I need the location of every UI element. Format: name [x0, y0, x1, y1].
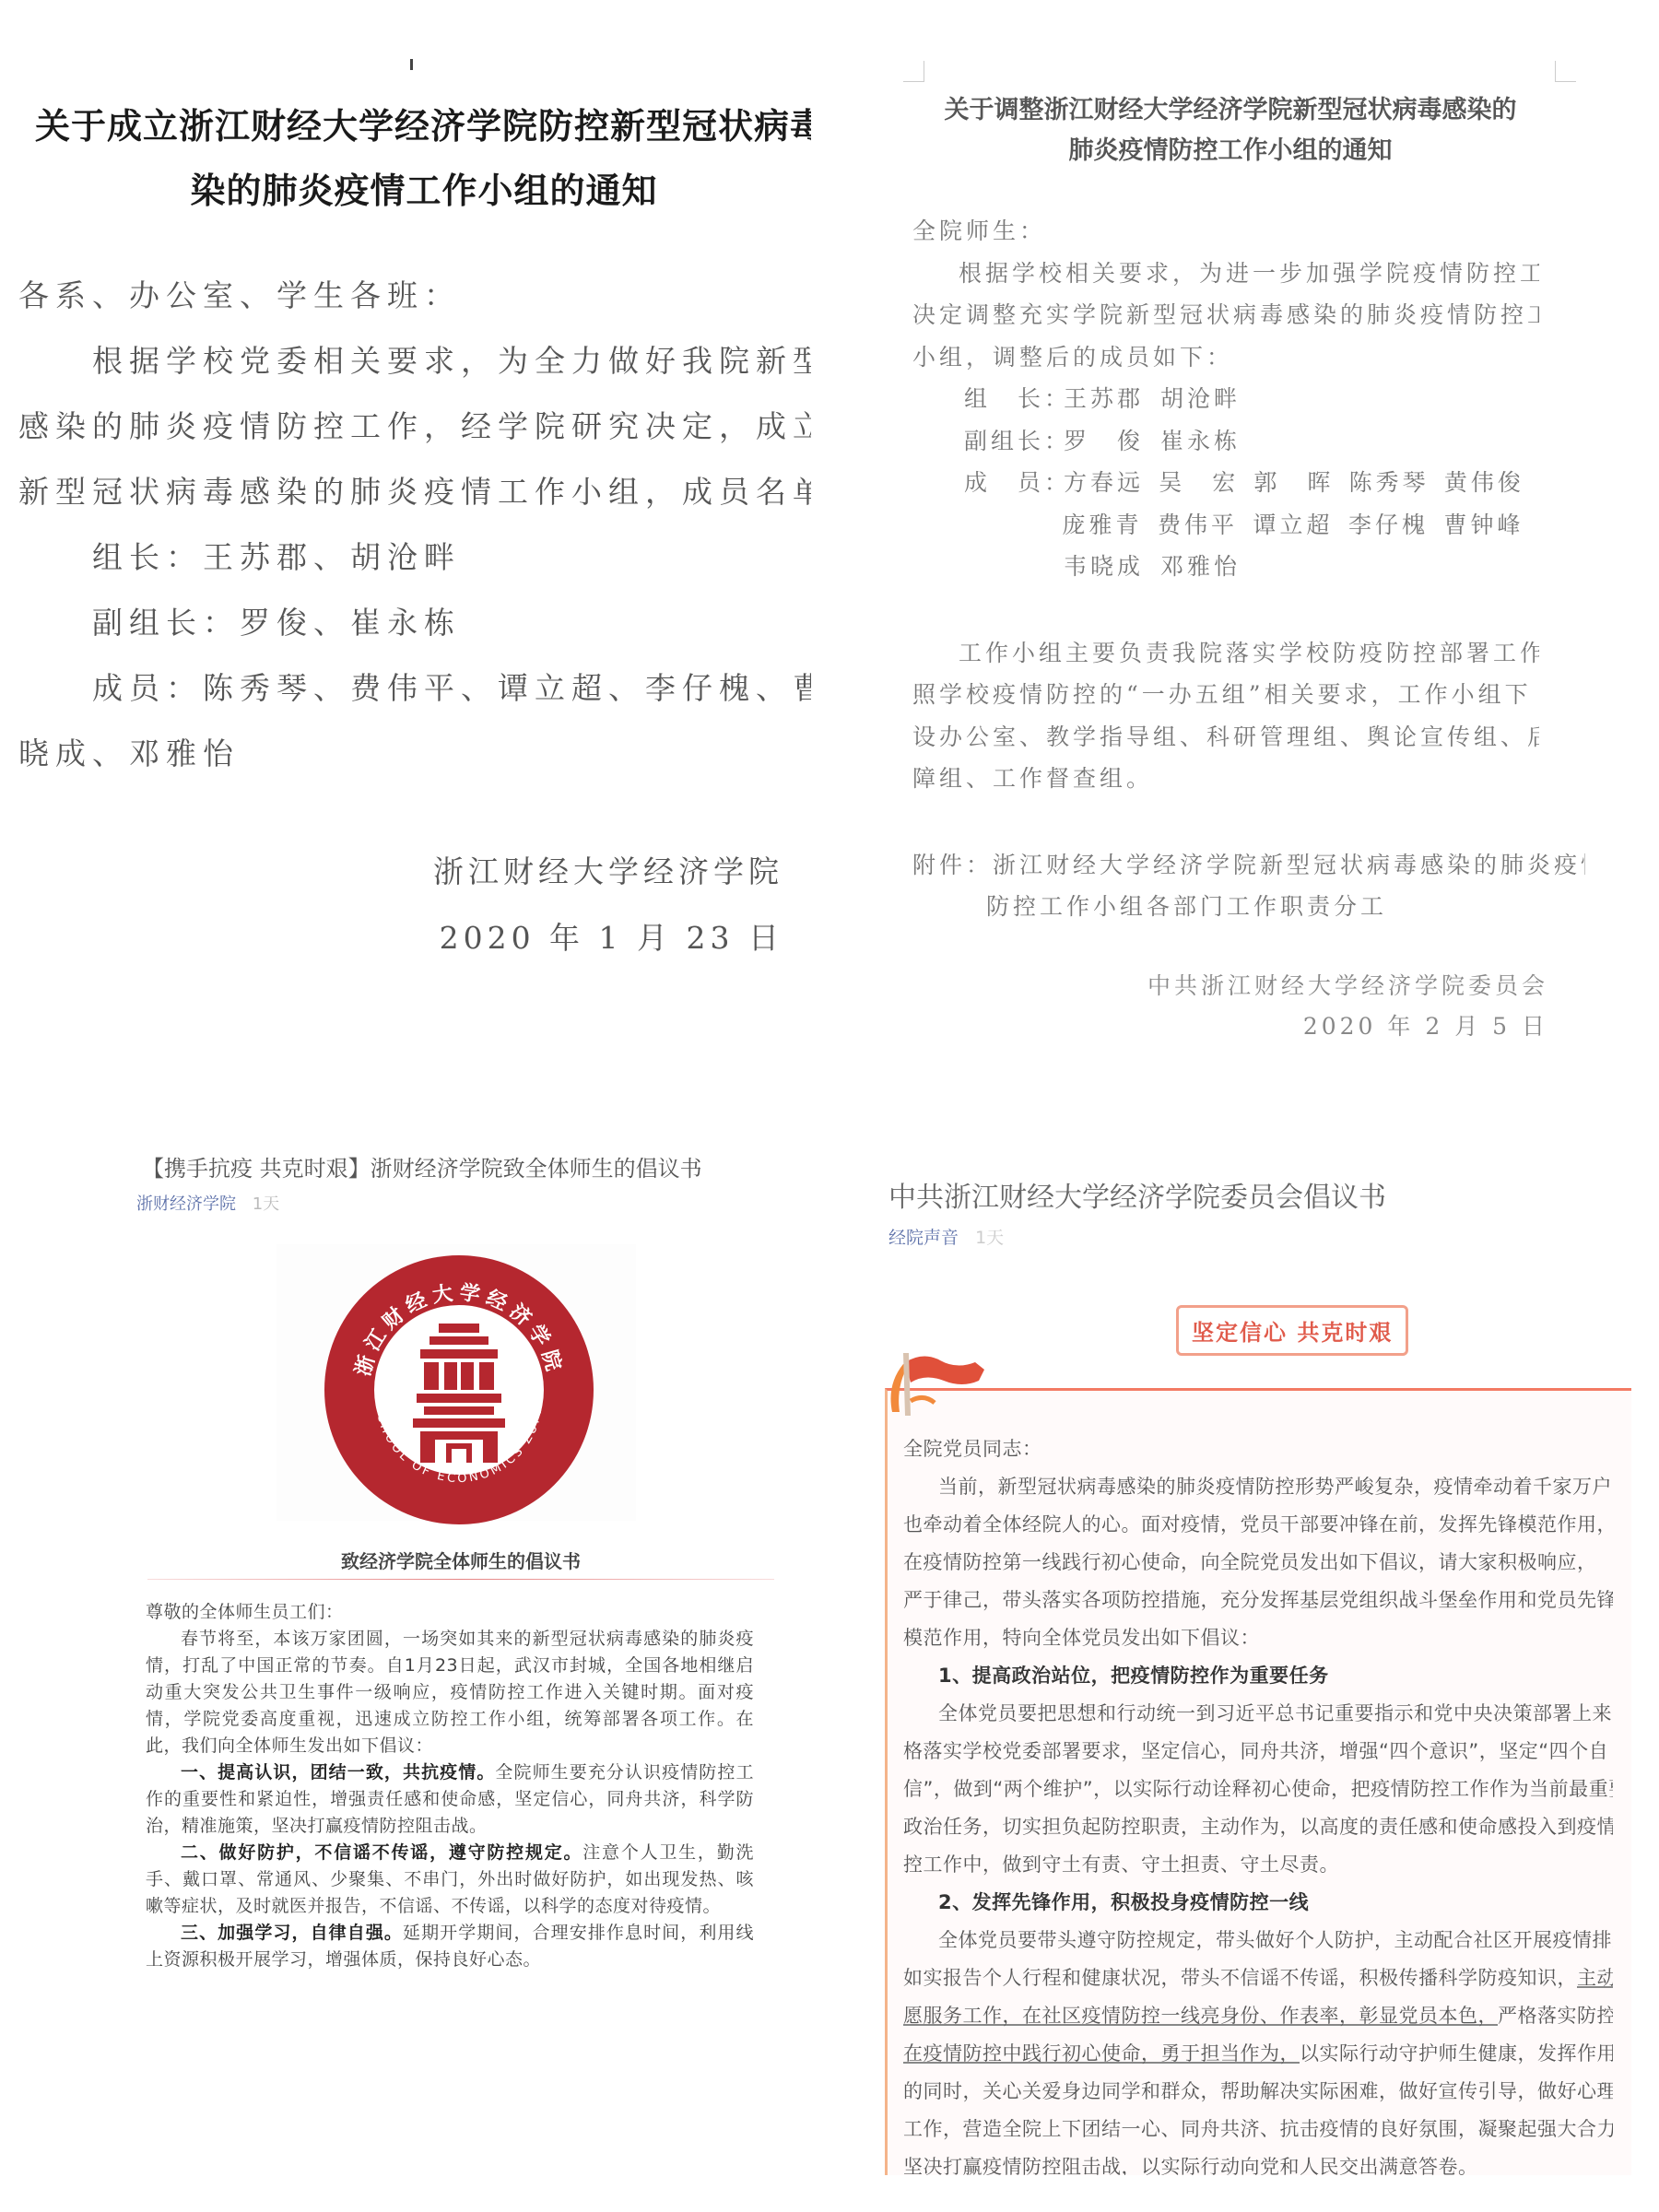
- text-line: 控工作中，做到守土有责、守土担责、守土尽责。: [903, 1846, 1613, 1884]
- role-members: 成员：陈秀琴、费伟平、谭立超、李仔槐、曹钟峰、韦: [53, 655, 791, 721]
- paragraph: 一、提高认识，团结一致，共抗疫情。全院师生要充分认识疫情防控工作的重要性和紧迫性…: [146, 1759, 754, 1840]
- salutation: 各系、办公室、学生各班：: [18, 263, 791, 328]
- article-source-link[interactable]: 浙财经济学院: [136, 1194, 236, 1214]
- signature-date: 2020 年 2 月 5 日: [1147, 1006, 1548, 1047]
- text-line: 如实报告个人行程和健康状况，带头不信谣不传谣，积极传播科学防疫知识，主动承担志: [903, 1959, 1613, 1997]
- member-name: 崔永栋: [1160, 420, 1257, 463]
- red-flag-icon: [883, 1347, 994, 1421]
- notice-body: 各系、办公室、学生各班： 根据学校党委相关要求，为全力做好我院新型冠状病毒 感染…: [53, 263, 791, 786]
- paragraph: 春节将至，本该万家团圆，一场突如其来的新型冠状病毒感染的肺炎疫情，打乱了中国正常…: [146, 1626, 754, 1759]
- role-names: 陈秀琴、费伟平、谭立超、李仔槐、曹钟峰、韦: [203, 670, 811, 706]
- body-line: 感染的肺炎疫情防控工作，经学院研究决定，成立学院防控: [18, 394, 791, 459]
- article-time: 1天: [975, 1228, 1004, 1248]
- article-party-initiative: 中共浙江财经大学经济学院委员会倡议书 经院声音 1天 坚定信心 共克时艰 全院党…: [876, 1143, 1631, 2175]
- members-continuation: 晓成、邓雅怡: [18, 721, 791, 786]
- article-meta: 浙财经济学院 1天: [136, 1191, 279, 1215]
- role-label: 成 员：: [912, 462, 1064, 504]
- member-row: 庞雅青费伟平谭立超李仔槐曹钟峰: [912, 504, 1539, 547]
- role-names: 罗俊、崔永栋: [240, 605, 461, 641]
- salutation: 全院师生：: [912, 210, 1539, 253]
- role-label: 组 长：: [912, 378, 1064, 420]
- member-row: 成 员：方春远吴 宏郭 晖陈秀琴黄伟俊: [912, 462, 1539, 504]
- role-label: 副组长：: [912, 420, 1064, 463]
- notice-title: 关于成立浙江财经大学经济学院防控新型冠状病毒感 染的肺炎疫情工作小组的通知: [55, 94, 793, 223]
- article-title[interactable]: 中共浙江财经大学经济学院委员会倡议书: [888, 1174, 1386, 1215]
- title-line: 染的肺炎疫情工作小组的通知: [55, 159, 793, 223]
- duty-line: 障组、工作督查组。: [912, 758, 1539, 800]
- role-label: [912, 504, 1062, 547]
- text-line: 全院党员同志：: [903, 1430, 1613, 1468]
- article-title[interactable]: 【携手抗疫 共克时艰】浙财经济学院致全体师生的倡议书: [142, 1150, 702, 1182]
- notice-establish-working-group: 关于成立浙江财经大学经济学院防控新型冠状病毒感 染的肺炎疫情工作小组的通知 各系…: [0, 37, 811, 1014]
- article-source-link[interactable]: 经院声音: [888, 1228, 959, 1248]
- member-row: 组 长：王苏郡胡沧畔: [912, 378, 1539, 420]
- signature-org: 浙江财经大学经济学院: [433, 839, 783, 905]
- attachment-text: 防控工作小组各部门工作职责分工: [912, 886, 1539, 928]
- title-line: 肺炎疫情防控工作小组的通知: [912, 131, 1548, 171]
- role-label: 副组长：: [92, 605, 240, 641]
- member-name: 费伟平: [1158, 504, 1253, 547]
- section-heading: 1、提高政治站位，把疫情防控作为重要任务: [903, 1657, 1613, 1695]
- text-line: 当前，新型冠状病毒感染的肺炎疫情防控形势严峻复杂，疫情牵动着千家万户，: [903, 1468, 1613, 1506]
- member-row: 韦晓成邓雅怡: [912, 546, 1539, 588]
- page-mark: [410, 59, 413, 70]
- paragraph: 尊敬的全体师生员工们：: [146, 1599, 754, 1626]
- member-name: 罗 俊: [1064, 420, 1160, 463]
- member-name: 谭立超: [1253, 504, 1348, 547]
- page-corner-mark: [903, 61, 924, 82]
- title-line: 关于调整浙江财经大学经济学院新型冠状病毒感染的: [912, 90, 1548, 131]
- member-name: 吴 宏: [1159, 462, 1253, 504]
- article-meta: 经院声音 1天: [888, 1224, 1004, 1249]
- attachment-label: 附件：: [912, 852, 993, 878]
- text-line: 全体党员要把思想和行动统一到习近平总书记重要指示和党中央决策部署上来，严: [903, 1695, 1613, 1733]
- article-time: 1天: [253, 1194, 279, 1214]
- member-name: 王苏郡: [1064, 378, 1160, 420]
- role-label: 组长：: [92, 539, 203, 575]
- body-line: 新型冠状病毒感染的肺炎疫情工作小组，成员名单如下：: [18, 459, 791, 524]
- page-corner-mark: [1555, 61, 1576, 82]
- article-initiative-letter: 【携手抗疫 共克时艰】浙财经济学院致全体师生的倡议书 浙财经济学院 1天 浙江财…: [129, 1143, 793, 2175]
- role-label: [912, 546, 1064, 588]
- member-name: 胡沧畔: [1160, 378, 1257, 420]
- text-line: 在疫情防控中践行初心使命，勇于担当作为，以实际行动守护师生健康，发挥作用: [903, 2035, 1613, 2073]
- text-line: 全体党员要带头遵守防控规定，带头做好个人防护，主动配合社区开展疫情排查，: [903, 1922, 1613, 1959]
- text-line: 坚决打赢疫情防控阻击战，以实际行动向党和人民交出满意答卷。: [903, 2148, 1613, 2175]
- article-body: 尊敬的全体师生员工们：春节将至，本该万家团圆，一场突如其来的新型冠状病毒感染的肺…: [146, 1599, 754, 1973]
- member-name: 黄伟俊: [1444, 462, 1539, 504]
- member-name: 曹钟峰: [1443, 504, 1539, 547]
- text-line: 愿服务工作，在社区疫情防控一线亮身份、作表率，彰显党员本色，严格落实防控措施: [903, 1997, 1613, 2035]
- body-line: 根据学校相关要求，为进一步加强学院疫情防控工作，: [912, 253, 1539, 295]
- role-deputy: 副组长：罗俊、崔永栋: [53, 590, 791, 655]
- text-line: 严于律己，带头落实各项防控措施，充分发挥基层党组织战斗堡垒作用和党员先锋: [903, 1582, 1613, 1619]
- member-name: 邓雅怡: [1160, 546, 1257, 588]
- member-list: 组 长：王苏郡胡沧畔副组长：罗 俊崔永栋成 员：方春远吴 宏郭 晖陈秀琴黄伟俊庞…: [912, 378, 1539, 588]
- duty-line: 设办公室、教学指导组、科研管理组、舆论宣传组、后勤保: [912, 716, 1539, 759]
- duty-line: 工作小组主要负责我院落实学校防疫防控部署工作，并对: [912, 632, 1539, 675]
- text-line: 工作，营造全院上下团结一心、同舟共济、抗击疫情的良好氛围，凝聚起强大合力，: [903, 2111, 1613, 2148]
- title-line: 关于成立浙江财经大学经济学院防控新型冠状病毒感: [35, 94, 793, 159]
- duty-line: 照学校疫情防控的“一办五组”相关要求，工作小组下: [912, 674, 1539, 716]
- divider: [147, 1579, 774, 1580]
- text-line: 的同时，关心关爱身边同学和群众，帮助解决实际困难，做好宣传引导，做好心理疏导: [903, 2073, 1613, 2111]
- member-name: 郭 晖: [1253, 462, 1348, 504]
- attachment-text: 浙江财经大学经济学院新型冠状病毒感染的肺炎疫情: [993, 852, 1585, 878]
- notice-title: 关于调整浙江财经大学经济学院新型冠状病毒感染的 肺炎疫情防控工作小组的通知: [912, 90, 1548, 171]
- role-label: 成员：: [92, 670, 203, 706]
- body-line: 小组，调整后的成员如下：: [912, 336, 1539, 379]
- logo-caption: 致经济学院全体师生的倡议书: [129, 1547, 793, 1573]
- notice-body: 全院师生： 根据学校相关要求，为进一步加强学院疫情防控工作， 决定调整充实学院新…: [912, 210, 1539, 928]
- text-line: 格落实学校党委部署要求，坚定信心，同舟共济，增强“四个意识”，坚定“四个自: [903, 1733, 1613, 1771]
- school-seal-icon: 浙江财经大学经济学院 SCHOOL OF ECONOMICS ZUFE: [321, 1252, 597, 1528]
- paragraph: 三、加强学习，自律自强。延期开学期间，合理安排作息时间，利用线上资源积极开展学习…: [146, 1920, 754, 1973]
- body-line: 根据学校党委相关要求，为全力做好我院新型冠状病毒: [53, 328, 791, 394]
- notice-adjust-working-group: 关于调整浙江财经大学经济学院新型冠状病毒感染的 肺炎疫情防控工作小组的通知 全院…: [885, 55, 1585, 1069]
- text-line: 信”，做到“两个维护”，以实际行动诠释初心使命，把疫情防控工作作为当前最重要的: [903, 1771, 1613, 1808]
- paragraph: 二、做好防护，不信谣不传谣，遵守防控规定。注意个人卫生，勤洗手、戴口罩、常通风、…: [146, 1840, 754, 1920]
- text-line: 在疫情防控第一线践行初心使命，向全院党员发出如下倡议，请大家积极响应，: [903, 1544, 1613, 1582]
- member-name: 陈秀琴: [1349, 462, 1444, 504]
- body-line: 决定调整充实学院新型冠状病毒感染的肺炎疫情防控工作: [912, 294, 1539, 336]
- text-line: 政治任务，切实担负起防控职责，主动作为，以高度的责任感和使命感投入到疫情防: [903, 1808, 1613, 1846]
- text-line: 也牵动着全体经院人的心。面对疫情，党员干部要冲锋在前，发挥先锋模范作用，: [903, 1506, 1613, 1544]
- article-body: 全院党员同志：当前，新型冠状病毒感染的肺炎疫情防控形势严峻复杂，疫情牵动着千家万…: [903, 1430, 1613, 2175]
- member-name: 方春远: [1064, 462, 1159, 504]
- signature-org: 中共浙江财经大学经济学院委员会: [1147, 966, 1548, 1006]
- member-name: 李仔槐: [1348, 504, 1444, 547]
- slogan-badge: 坚定信心 共克时艰: [1176, 1305, 1408, 1356]
- signature-block: 浙江财经大学经济学院 2020 年 1 月 23 日: [433, 839, 783, 971]
- role-names: 王苏郡、胡沧畔: [203, 539, 461, 575]
- signature-block: 中共浙江财经大学经济学院委员会 2020 年 2 月 5 日: [1147, 966, 1548, 1047]
- member-name: 庞雅青: [1062, 504, 1158, 547]
- role-leader: 组长：王苏郡、胡沧畔: [53, 524, 791, 590]
- member-name: 韦晓成: [1064, 546, 1160, 588]
- attachment-note: 附件：浙江财经大学经济学院新型冠状病毒感染的肺炎疫情 防控工作小组各部门工作职责…: [912, 844, 1539, 928]
- signature-date: 2020 年 1 月 23 日: [433, 905, 783, 971]
- text-line: 模范作用，特向全体党员发出如下倡议：: [903, 1619, 1613, 1657]
- member-row: 副组长：罗 俊崔永栋: [912, 420, 1539, 463]
- section-heading: 2、发挥先锋作用，积极投身疫情防控一线: [903, 1884, 1613, 1922]
